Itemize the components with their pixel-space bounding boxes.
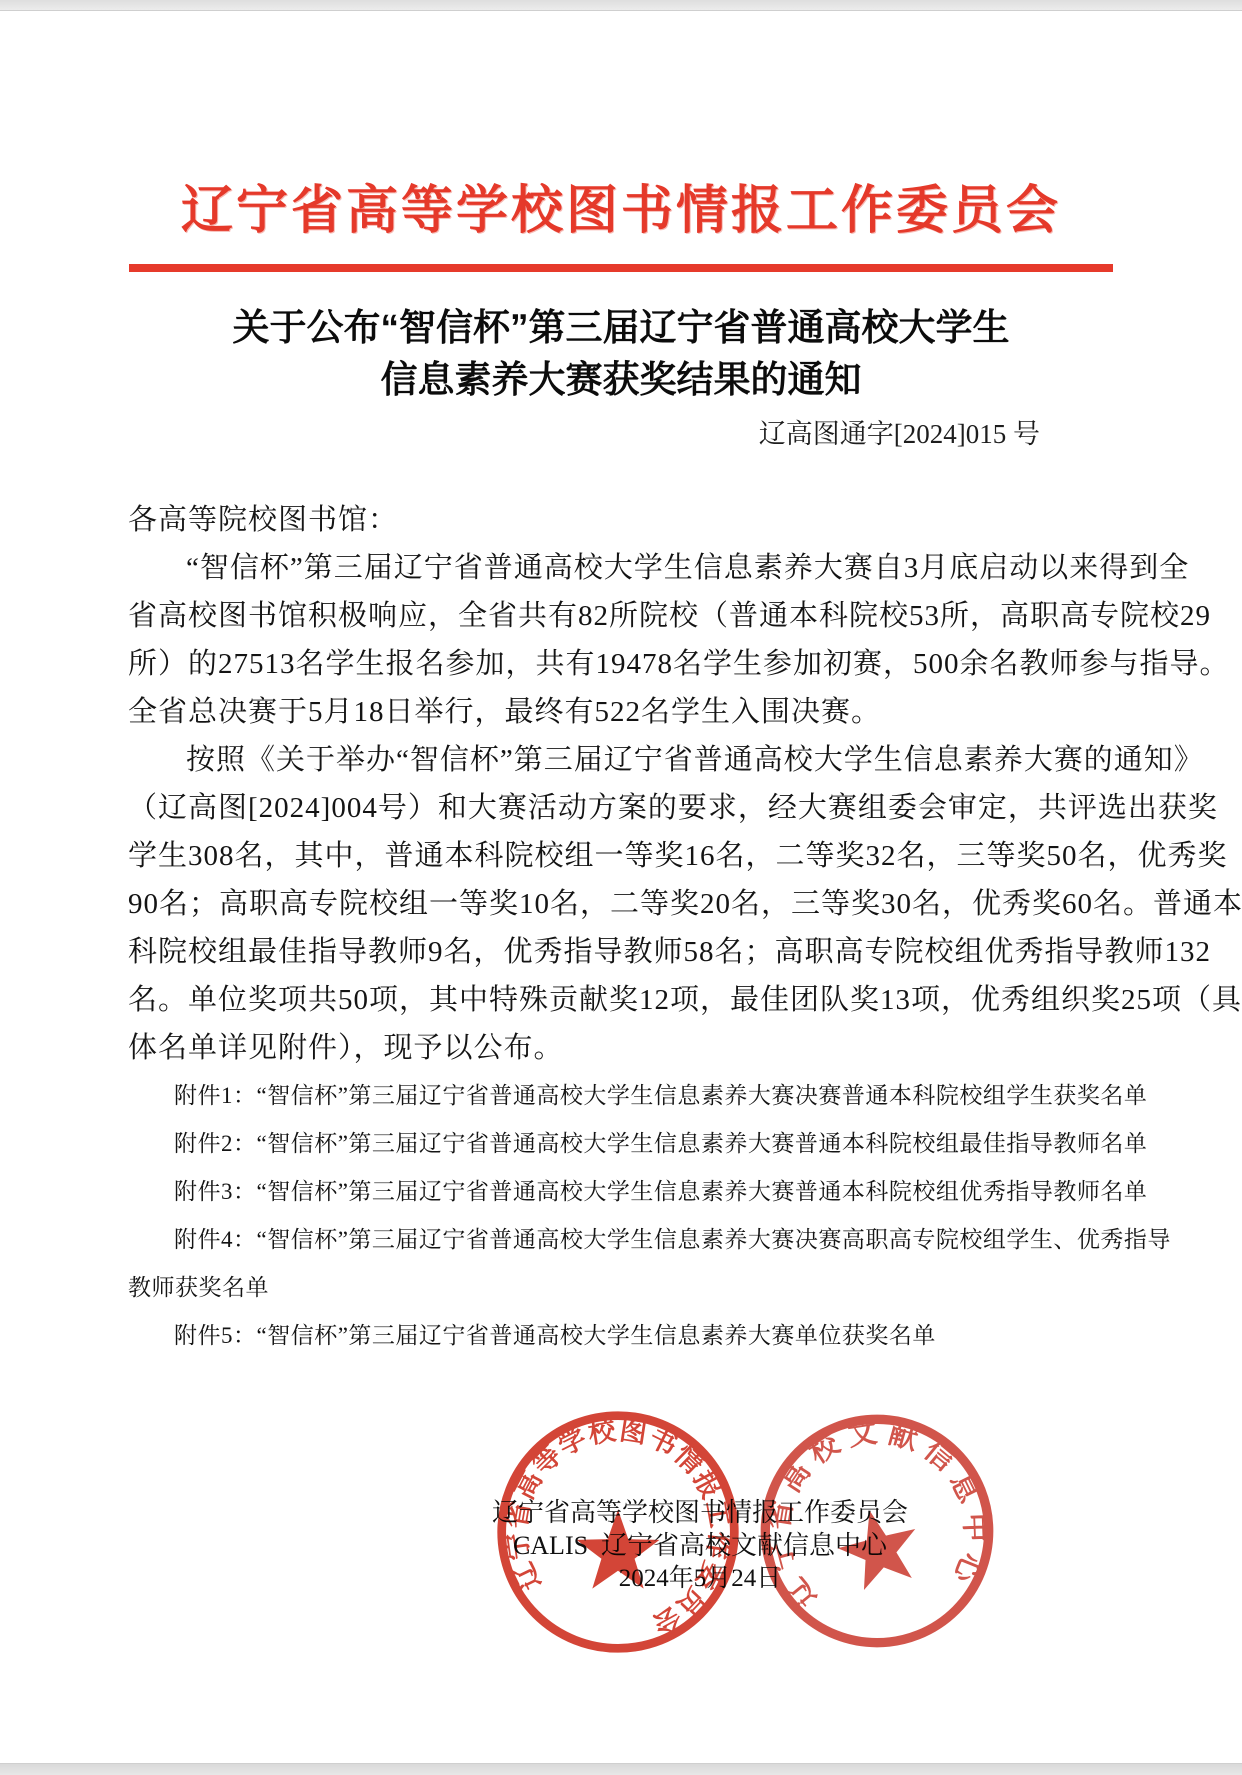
text-line: 附件2：“智信杯”第三届辽宁省普通高校大学生信息素养大赛普通本科院校组最佳指导教… xyxy=(128,1120,1132,1168)
text-line: （辽高图[2024]004号）和大赛活动方案的要求，经大赛组委会审定，共评选出获… xyxy=(128,784,1132,832)
viewer-top-strip xyxy=(0,0,1242,11)
text-line: 所）的27513名学生报名参加，共有19478名学生参加初赛，500余名教师参与… xyxy=(128,640,1132,688)
notice-title-line-2: 信息素养大赛获奖结果的通知 xyxy=(0,354,1242,406)
paragraph-2: 按照《关于举办“智信杯”第三届辽宁省普通高校大学生信息素养大赛的通知》（辽高图[… xyxy=(128,736,1132,1072)
star-icon xyxy=(831,1501,927,1594)
notice-title: 关于公布“智信杯”第三届辽宁省普通高校大学生 信息素养大赛获奖结果的通知 xyxy=(0,302,1242,406)
seal-calis-center: 辽宁省高校文献信息中心 xyxy=(756,1410,998,1657)
text-line: 90名；高职高专院校组一等奖10名，二等奖20名，三等奖30名，优秀奖60名。普… xyxy=(128,880,1132,928)
doc-number: 辽高图通字[2024]015 号 xyxy=(0,412,1040,451)
text-line: “智信杯”第三届辽宁省普通高校大学生信息素养大赛自3月底启动以来得到全 xyxy=(128,544,1132,592)
text-line: 科院校组最佳指导教师9名，优秀指导教师58名；高职高专院校组优秀指导教师132 xyxy=(128,928,1132,976)
text-line: 名。单位奖项共50项，其中特殊贡献奖12项，最佳团队奖13项，优秀组织奖25项（… xyxy=(128,976,1132,1024)
text-line: 按照《关于举办“智信杯”第三届辽宁省普通高校大学生信息素养大赛的通知》 xyxy=(128,736,1132,784)
notice-title-line-1: 关于公布“智信杯”第三届辽宁省普通高校大学生 xyxy=(0,302,1242,354)
text-line: 附件1：“智信杯”第三届辽宁省普通高校大学生信息素养大赛决赛普通本科院校组学生获… xyxy=(128,1072,1132,1120)
star-icon xyxy=(577,1510,660,1589)
paragraph-1: “智信杯”第三届辽宁省普通高校大学生信息素养大赛自3月底启动以来得到全省高校图书… xyxy=(128,544,1132,736)
red-divider xyxy=(129,264,1113,272)
text-line: 学生308名，其中，普通本科院校组一等奖16名，二等奖32名，三等奖50名，优秀… xyxy=(128,832,1132,880)
document-body: 各高等院校图书馆： “智信杯”第三届辽宁省普通高校大学生信息素养大赛自3月底启动… xyxy=(128,496,1132,1360)
text-line: 省高校图书馆积极响应，全省共有82所院校（普通本科院校53所，高职高专院校29 xyxy=(128,592,1132,640)
document-page: 辽宁省高等学校图书情报工作委员会 关于公布“智信杯”第三届辽宁省普通高校大学生 … xyxy=(0,10,1242,1763)
text-line: 体名单详见附件），现予以公布。 xyxy=(128,1024,1132,1072)
org-header: 辽宁省高等学校图书情报工作委员会 xyxy=(0,168,1242,243)
salutation: 各高等院校图书馆： xyxy=(128,496,1132,544)
text-line: 附件5：“智信杯”第三届辽宁省普通高校大学生信息素养大赛单位获奖名单 xyxy=(128,1312,1132,1360)
text-line: 教师获奖名单 xyxy=(128,1264,1132,1312)
text-line: 全省总决赛于5月18日举行，最终有522名学生入围决赛。 xyxy=(128,688,1132,736)
attachments-list: 附件1：“智信杯”第三届辽宁省普通高校大学生信息素养大赛决赛普通本科院校组学生获… xyxy=(128,1072,1132,1360)
viewer-bottom-strip xyxy=(0,1763,1242,1775)
seal-committee: 辽宁省高等学校图书情报工作委员会 xyxy=(492,1406,744,1663)
text-line: 附件4：“智信杯”第三届辽宁省普通高校大学生信息素养大赛决赛高职高专院校组学生、… xyxy=(128,1216,1132,1264)
text-line: 附件3：“智信杯”第三届辽宁省普通高校大学生信息素养大赛普通本科院校组优秀指导教… xyxy=(128,1168,1132,1216)
